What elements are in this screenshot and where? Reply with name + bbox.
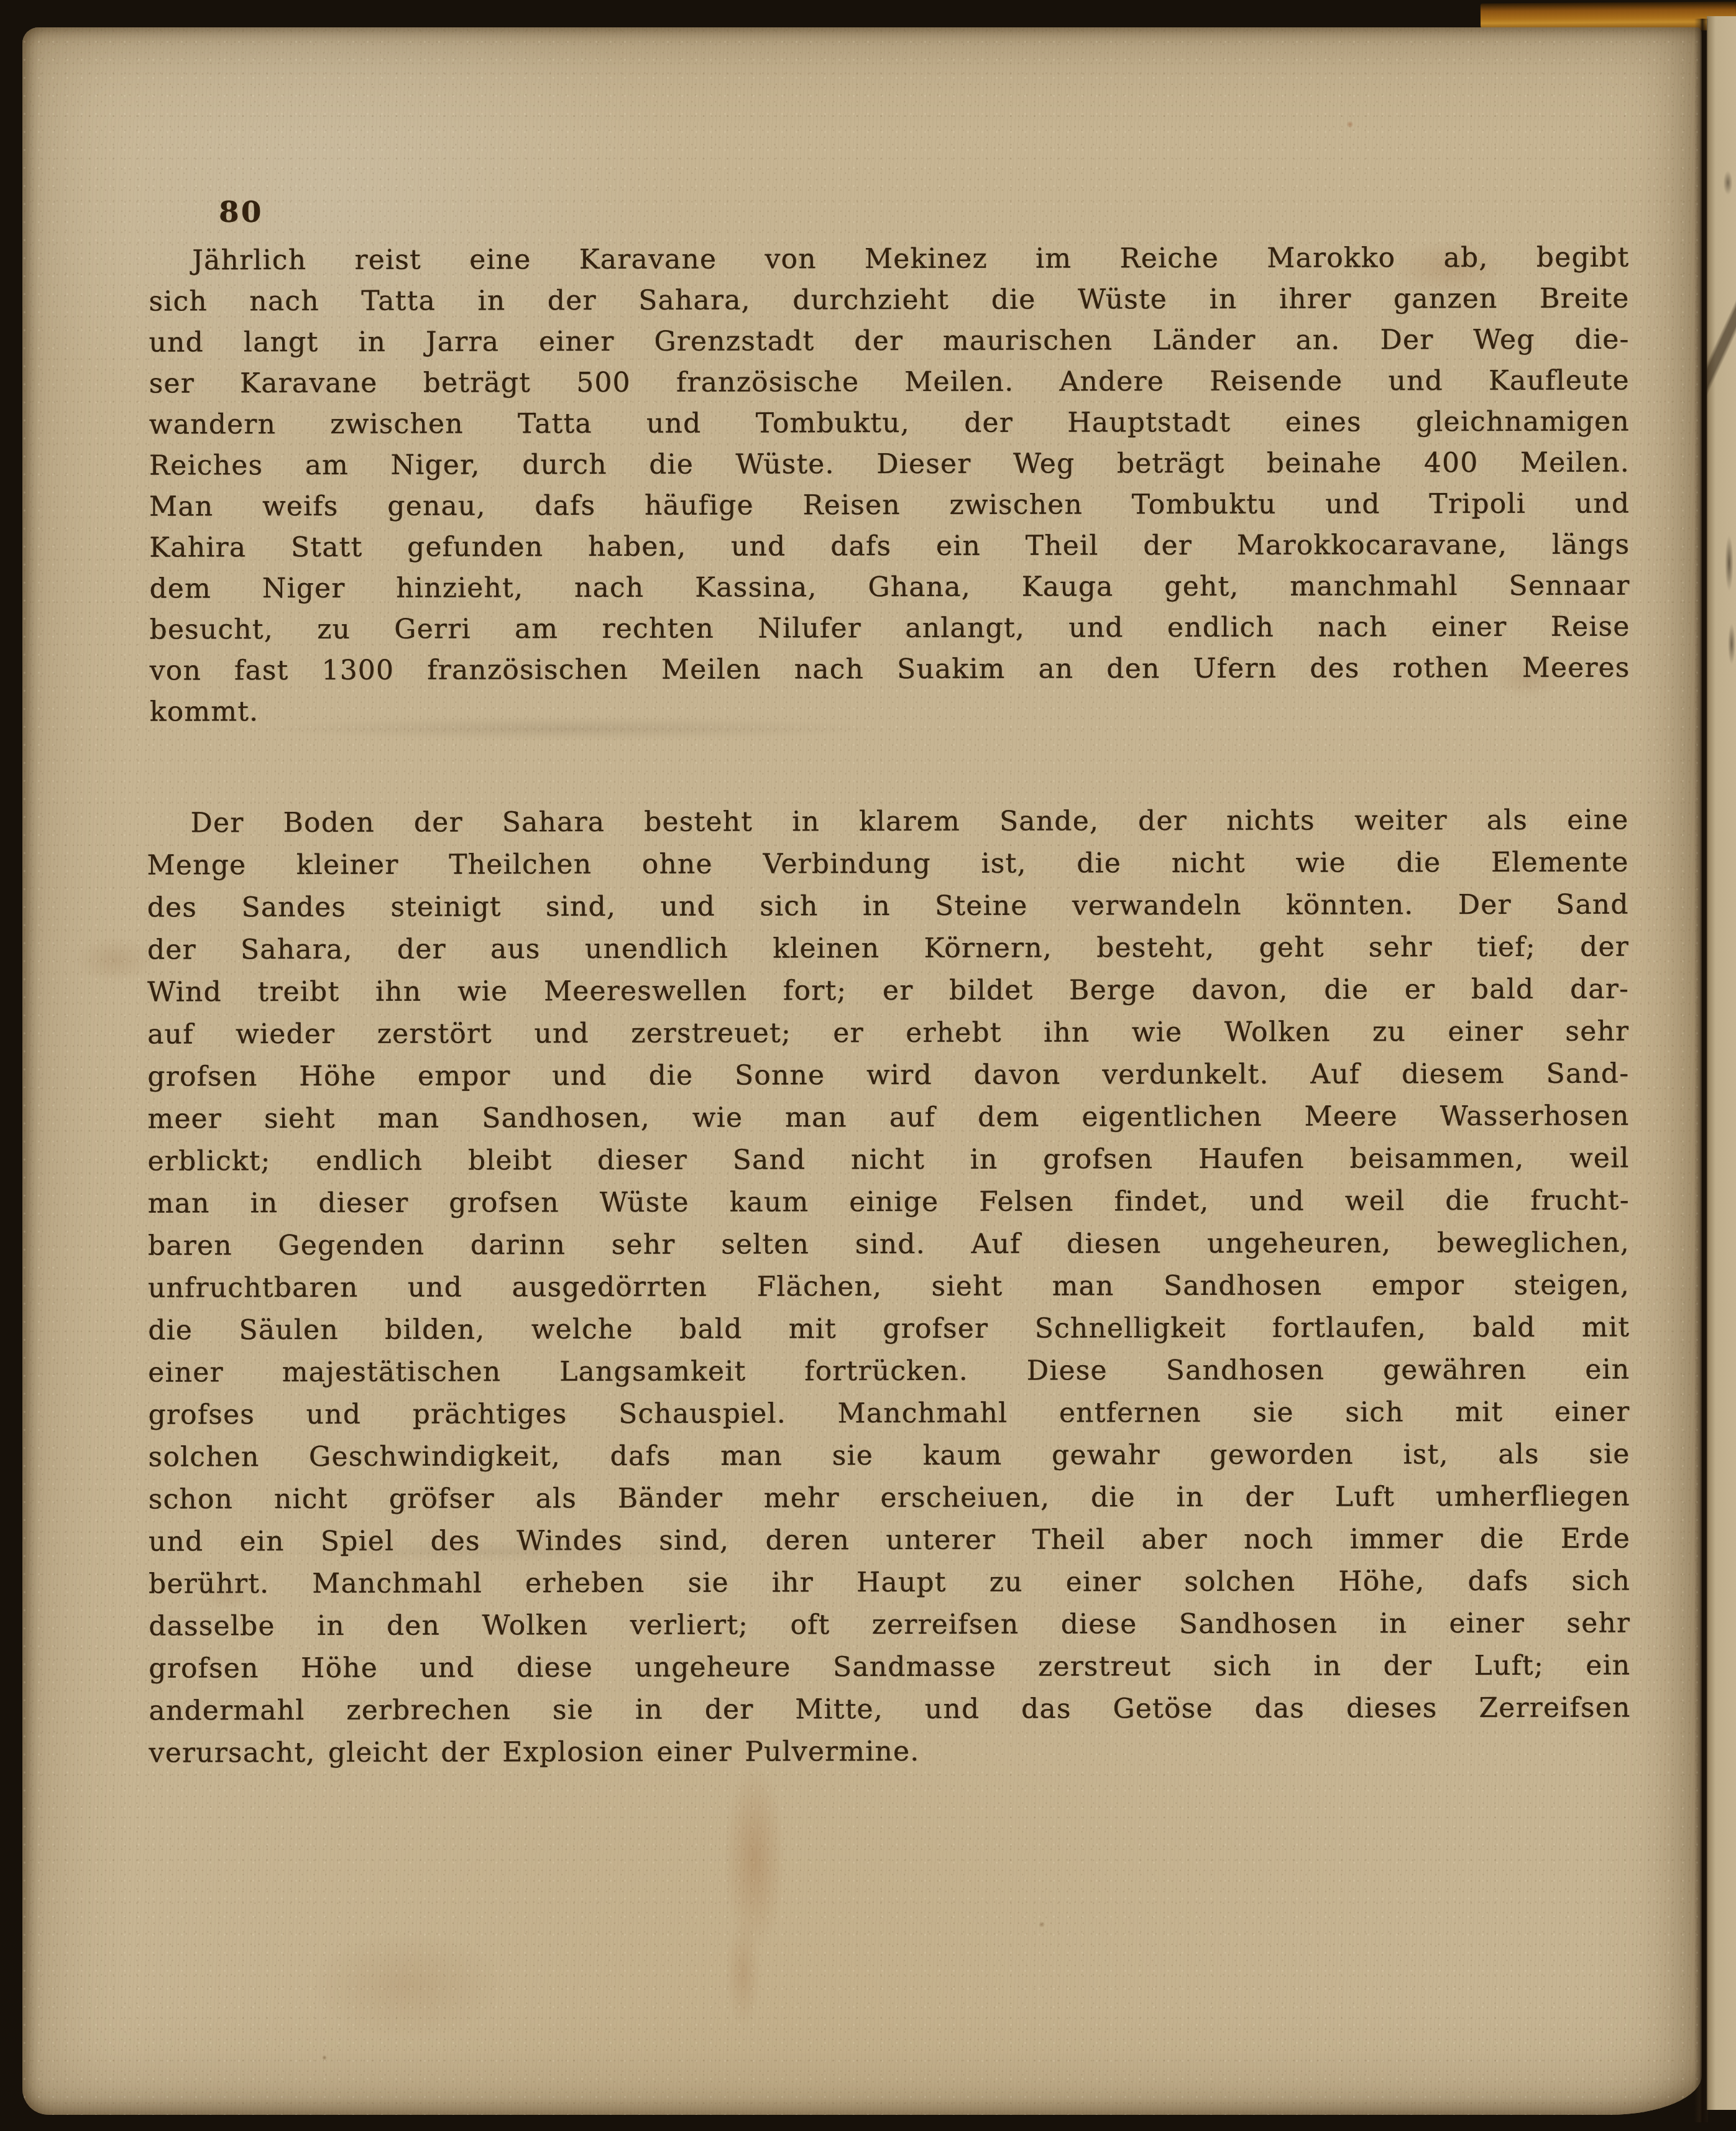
text-line: wandern zwischen Tatta und Tombuktu, der… bbox=[149, 402, 1630, 446]
text-line: andermahl zerbrechen sie in der Mitte, u… bbox=[149, 1687, 1630, 1733]
text-line: erblickt; endlich bleibt dieser Sand nic… bbox=[148, 1138, 1630, 1183]
text-line: und langt in Jarra einer Grenzstadt der … bbox=[149, 320, 1629, 364]
adjacent-page-edge bbox=[1707, 16, 1736, 2110]
binding-gutter bbox=[1694, 19, 1708, 2122]
text-line: schon nicht gröfser als Bänder mehr ersc… bbox=[149, 1476, 1630, 1521]
text-line: Der Boden der Sahara besteht in klarem S… bbox=[147, 799, 1628, 845]
text-line: solchen Geschwindigkeit, dafs man sie ka… bbox=[149, 1434, 1630, 1479]
scanned-book-photo: { "colors": { "background": "#17110a", "… bbox=[0, 0, 1736, 2131]
text-line: dasselbe in den Wolken verliert; oft zer… bbox=[149, 1603, 1630, 1648]
text-line: der Sahara, der aus unendlich kleinen Kö… bbox=[147, 926, 1629, 972]
text-line: Jährlich reist eine Karavane von Mekinez… bbox=[149, 237, 1629, 282]
text-line: einer majestätischen Langsamkeit fortrüc… bbox=[148, 1349, 1630, 1394]
text-line: baren Gegenden darinn sehr selten sind. … bbox=[148, 1222, 1630, 1268]
text-line: man in dieser grofsen Wüste kaum einige … bbox=[148, 1180, 1630, 1225]
text-line: grofsen Höhe empor und die Sonne wird da… bbox=[147, 1053, 1629, 1098]
text-line: grofses und prächtiges Schauspiel. Manch… bbox=[148, 1391, 1630, 1437]
text-line: und ein Spiel des Windes sind, deren unt… bbox=[149, 1518, 1630, 1563]
page-number: 80 bbox=[219, 195, 263, 229]
text-line: von fast 1300 französischen Meilen nach … bbox=[150, 648, 1630, 692]
text-line: Menge kleiner Theilchen ohne Verbindung … bbox=[147, 842, 1629, 887]
text-line: dem Niger hinzieht, nach Kassina, Ghana,… bbox=[149, 566, 1630, 610]
text-line: Man weifs genau, dafs häufige Reisen zwi… bbox=[149, 484, 1630, 528]
text-line: sich nach Tatta in der Sahara, durchzieh… bbox=[149, 278, 1629, 323]
text-line: ser Karavane beträgt 500 französische Me… bbox=[149, 361, 1630, 405]
text-line: Reiches am Niger, durch die Wüste. Diese… bbox=[149, 443, 1630, 487]
text-line: grofsen Höhe und diese ungeheure Sandmas… bbox=[149, 1645, 1630, 1690]
text-line: auf wieder zerstört und zerstreuet; er e… bbox=[147, 1011, 1629, 1056]
text-line: verursacht, gleicht der Explosion einer … bbox=[149, 1729, 1630, 1775]
text-line: kommt. bbox=[150, 689, 1630, 733]
text-line: die Säulen bilden, welche bald mit grofs… bbox=[148, 1307, 1630, 1352]
text-line: unfruchtbaren und ausgedörrten Flächen, … bbox=[148, 1264, 1630, 1310]
text-line: meer sieht man Sandhosen, wie man auf de… bbox=[147, 1095, 1629, 1141]
text-line: besucht, zu Gerri am rechten Nilufer anl… bbox=[149, 607, 1630, 651]
paragraph-caravans: Jährlich reist eine Karavane von Mekinez… bbox=[149, 237, 1630, 733]
text-line: Wind treibt ihn wie Meereswellen fort; e… bbox=[147, 969, 1629, 1014]
text-line: Kahira Statt gefunden haben, und dafs ei… bbox=[149, 525, 1630, 569]
text-line: des Sandes steinigt sind, und sich in St… bbox=[147, 884, 1629, 929]
text-line: berührt. Manchmahl erheben sie ihr Haupt… bbox=[149, 1560, 1630, 1606]
paragraph-sahara-sand: Der Boden der Sahara besteht in klarem S… bbox=[147, 799, 1630, 1775]
